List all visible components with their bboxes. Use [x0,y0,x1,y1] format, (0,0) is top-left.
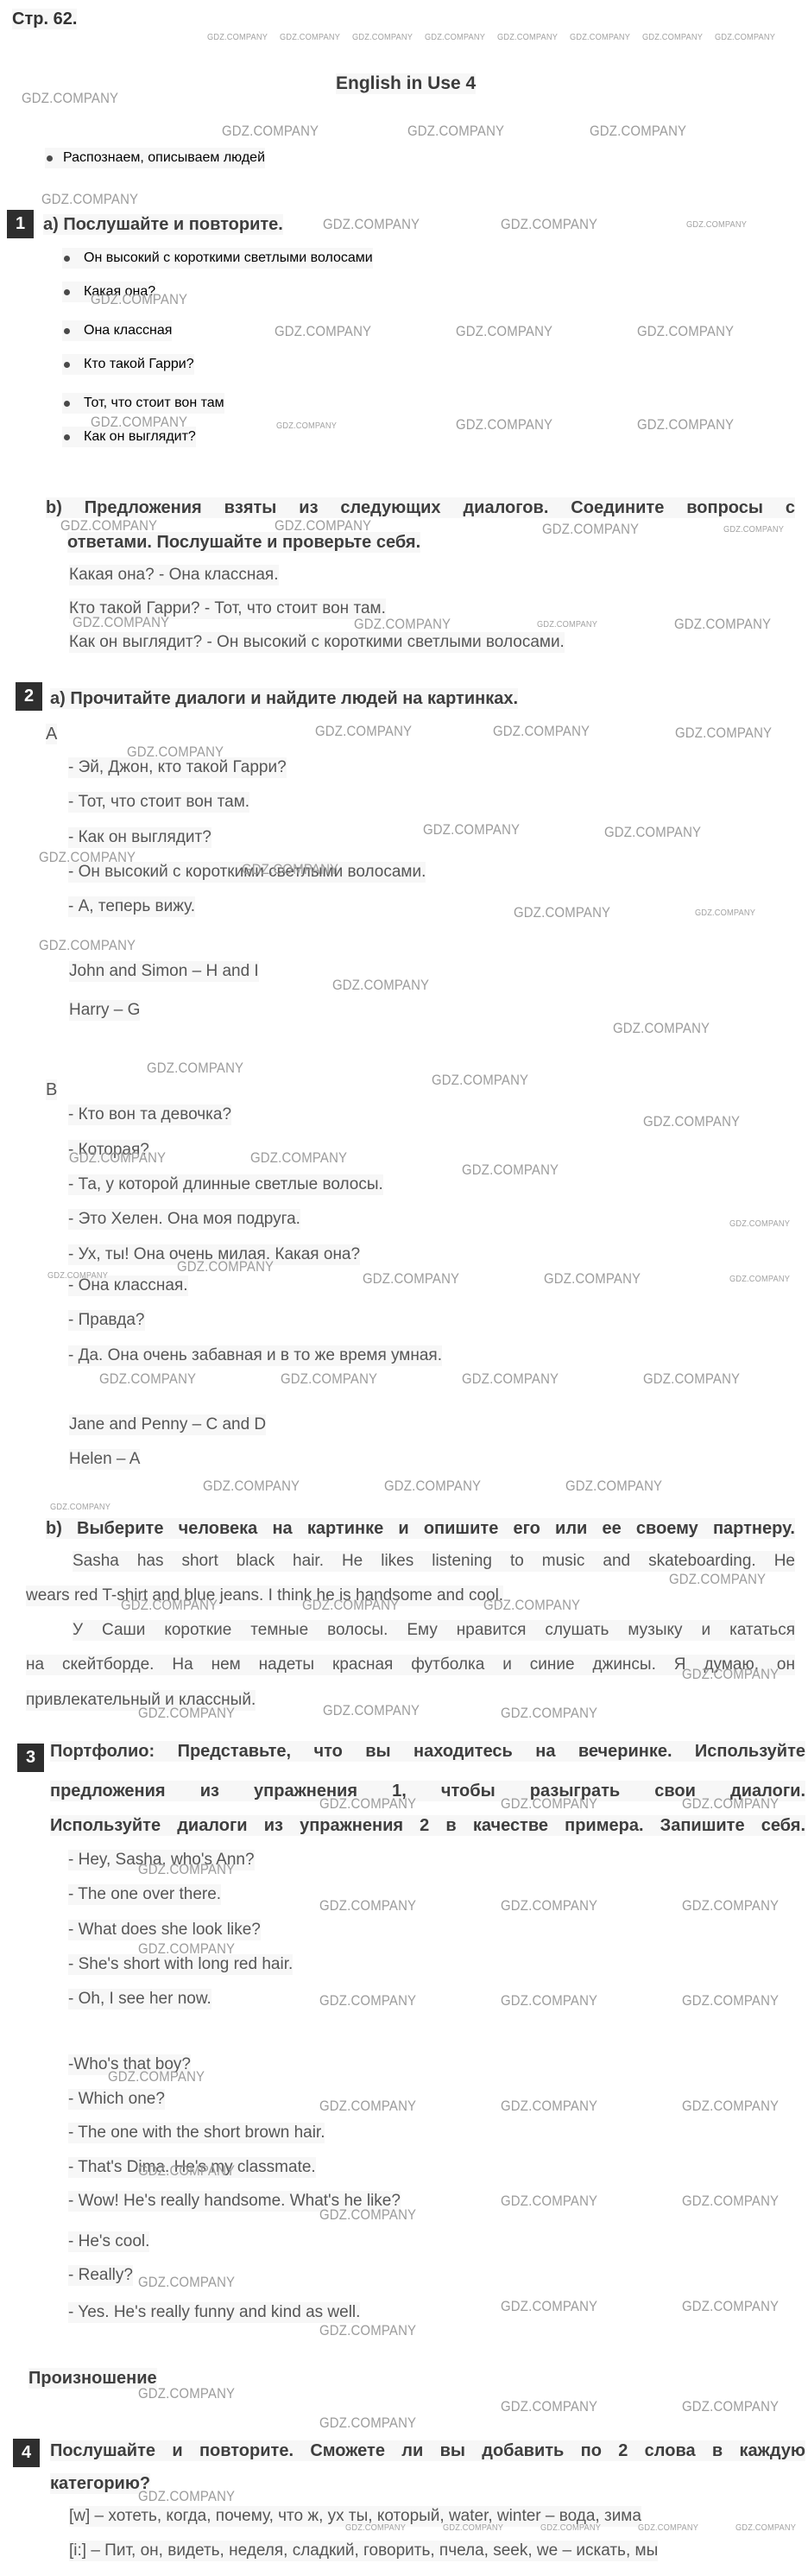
watermark-text: GDZ.COMPANY [275,324,371,339]
watermark-text: GDZ.COMPANY [715,33,775,42]
text-line: - Really? [68,2265,133,2286]
watermark-text: GDZ.COMPANY [138,2386,235,2402]
section-number-badge: 2 [16,682,42,711]
watermark-text: GDZ.COMPANY [242,862,338,877]
text-line: Harry – G [69,1000,140,1021]
watermark-text: GDZ.COMPANY [423,822,520,838]
text-line: - Which one? [68,2089,165,2110]
dialog-label: A [46,724,57,744]
watermark-text: GDZ.COMPANY [91,292,187,307]
section-heading: b) Выберите человека на картинке и опиши… [46,1518,795,1539]
watermark-text: GDZ.COMPANY [682,2399,779,2415]
watermark-text: GDZ.COMPANY [138,1941,235,1957]
text-line: - Тот, что стоит вон там. [68,792,249,813]
text-line: - The one over there. [68,1884,221,1905]
watermark-text: GDZ.COMPANY [319,1898,416,1914]
watermark-text: GDZ.COMPANY [570,33,630,42]
watermark-text: GDZ.COMPANY [604,825,701,840]
watermark-text: GDZ.COMPANY [315,724,412,739]
watermark-text: GDZ.COMPANY [99,1371,196,1387]
watermark-text: GDZ.COMPANY [682,2193,779,2209]
watermark-text: GDZ.COMPANY [675,725,772,741]
watermark-text: GDZ.COMPANY [425,33,485,42]
text-line: - Та, у которой длинные светлые волосы. [68,1174,383,1195]
watermark-text: GDZ.COMPANY [319,1993,416,2009]
watermark-text: GDZ.COMPANY [669,1572,766,1587]
section-number-badge: 3 [17,1744,44,1772]
section-heading: Послушайте и повторите. Сможете ли вы до… [50,2440,805,2461]
watermark-text: GDZ.COMPANY [432,1073,528,1088]
watermark-text: GDZ.COMPANY [69,1150,166,1166]
exercise-title: English in Use 4 [336,73,476,94]
watermark-text: GDZ.COMPANY [39,850,136,865]
text-line: - She's short with long red hair. [68,1954,293,1975]
watermark-text: GDZ.COMPANY [565,1478,662,1494]
watermark-text: GDZ.COMPANY [276,421,337,431]
text-line: John and Simon – H and I [69,961,259,982]
page-number: Стр. 62. [12,9,77,29]
watermark-text: GDZ.COMPANY [138,2489,235,2504]
section-heading: категорию? [50,2473,150,2494]
text-line: - Правда? [68,1310,145,1331]
text-line: Sasha has short black hair. He likes lis… [73,1551,795,1572]
watermark-text: GDZ.COMPANY [674,617,771,632]
watermark-text: GDZ.COMPANY [501,217,597,232]
dialog-label: B [46,1079,57,1100]
watermark-text: GDZ.COMPANY [319,2323,416,2339]
watermark-text: GDZ.COMPANY [638,2523,698,2533]
watermark-text: GDZ.COMPANY [462,1371,559,1387]
text-line: - Oh, I see her now. [68,1989,211,2010]
watermark-text: GDZ.COMPANY [613,1021,710,1036]
watermark-text: GDZ.COMPANY [456,417,552,433]
watermark-text: GDZ.COMPANY [540,2523,601,2533]
watermark-text: GDZ.COMPANY [332,978,429,993]
watermark-text: GDZ.COMPANY [22,91,118,106]
bullet-item: Он высокий с короткими светлыми волосами [62,248,373,269]
watermark-text: GDZ.COMPANY [682,1898,779,1914]
watermark-text: GDZ.COMPANY [682,1796,779,1812]
watermark-text: GDZ.COMPANY [643,1371,740,1387]
watermark-text: GDZ.COMPANY [682,2299,779,2314]
watermark-text: GDZ.COMPANY [319,1796,416,1812]
watermark-text: GDZ.COMPANY [138,1706,235,1721]
bullet-item: Тот, что стоит вон там [62,393,224,414]
text-line: Какая она? - Она классная. [69,565,279,585]
document-page: Стр. 62.English in Use 4Распознаем, опис… [0,0,808,2576]
watermark-text: GDZ.COMPANY [483,1598,580,1613]
watermark-text: GDZ.COMPANY [108,2069,205,2085]
watermark-text: GDZ.COMPANY [501,2193,597,2209]
watermark-text: GDZ.COMPANY [443,2523,503,2533]
watermark-text: GDZ.COMPANY [501,2098,597,2114]
text-line: - Да. Она очень забавная и в то же время… [68,1345,442,1366]
section-number-badge: 4 [13,2439,40,2467]
watermark-text: GDZ.COMPANY [537,620,597,630]
section-number-badge: 1 [7,210,34,238]
watermark-text: GDZ.COMPANY [354,617,451,632]
watermark-text: GDZ.COMPANY [637,417,734,433]
text-line: wears red T-shirt and blue jeans. I thin… [26,1585,503,1606]
watermark-text: GDZ.COMPANY [60,518,157,534]
watermark-text: GDZ.COMPANY [138,1862,235,1877]
watermark-text: GDZ.COMPANY [384,1478,481,1494]
watermark-text: GDZ.COMPANY [138,2275,235,2290]
watermark-text: GDZ.COMPANY [121,1598,218,1613]
watermark-text: GDZ.COMPANY [686,220,747,230]
section-heading: Используйте диалоги из упражнения 2 в ка… [50,1815,805,1836]
watermark-text: GDZ.COMPANY [682,1993,779,2009]
watermark-text: GDZ.COMPANY [729,1275,790,1284]
watermark-text: GDZ.COMPANY [590,123,686,139]
watermark-text: GDZ.COMPANY [497,33,558,42]
watermark-text: GDZ.COMPANY [138,2163,235,2179]
section-heading: а) Послушайте и повторите. [43,214,283,235]
watermark-text: GDZ.COMPANY [250,1150,347,1166]
text-line: на скейтборде. На нем надеты красная фут… [26,1655,795,1675]
bullet-item: Она классная [62,320,172,341]
watermark-text: GDZ.COMPANY [147,1060,243,1076]
watermark-text: GDZ.COMPANY [407,123,504,139]
watermark-text: GDZ.COMPANY [352,33,413,42]
text-line: - The one with the short brown hair. [68,2123,325,2143]
text-line: - Yes. He's really funny and kind as wel… [68,2302,360,2323]
text-line: Helen – A [69,1449,140,1470]
section-heading: b) Предложения взяты из следующих диалог… [46,497,795,518]
section-heading: Портфолио: Представьте, что вы находитес… [50,1741,805,1762]
text-line: У Саши короткие темные волосы. Ему нрави… [73,1620,795,1641]
watermark-text: GDZ.COMPANY [682,1667,779,1682]
watermark-text: GDZ.COMPANY [643,1114,740,1130]
watermark-text: GDZ.COMPANY [39,938,136,953]
watermark-text: GDZ.COMPANY [514,905,610,921]
text-line: [i:] – Пит, он, видеть, неделя, сладкий,… [69,2541,658,2561]
text-line: - He's cool. [68,2231,149,2252]
watermark-text: GDZ.COMPANY [281,1371,377,1387]
watermark-text: GDZ.COMPANY [203,1478,300,1494]
text-line: - А, теперь вижу. [68,896,195,917]
watermark-text: GDZ.COMPANY [544,1271,641,1287]
watermark-text: GDZ.COMPANY [275,518,371,534]
section-heading: а) Прочитайте диалоги и найдите людей на… [50,688,518,709]
watermark-text: GDZ.COMPANY [319,2207,416,2223]
bullet-item: Кто такой Гарри? [62,354,194,375]
watermark-text: GDZ.COMPANY [729,1219,790,1229]
watermark-text: GDZ.COMPANY [456,324,552,339]
section-heading: ответами. Послушайте и проверьте себя. [67,532,420,553]
watermark-text: GDZ.COMPANY [50,1503,110,1512]
watermark-text: GDZ.COMPANY [542,522,639,537]
watermark-text: GDZ.COMPANY [501,1898,597,1914]
text-line: - Как он выглядит? [68,827,211,848]
watermark-text: GDZ.COMPANY [319,2415,416,2431]
watermark-text: GDZ.COMPANY [127,744,224,760]
watermark-text: GDZ.COMPANY [501,2399,597,2415]
watermark-text: GDZ.COMPANY [73,615,169,630]
watermark-text: GDZ.COMPANY [501,1796,597,1812]
watermark-text: GDZ.COMPANY [493,724,590,739]
watermark-text: GDZ.COMPANY [323,217,420,232]
text-line: - Эй, Джон, кто такой Гарри? [68,757,287,778]
watermark-text: GDZ.COMPANY [302,1598,399,1613]
text-line: - Это Хелен. Она моя подруга. [68,1209,300,1230]
watermark-text: GDZ.COMPANY [319,2098,416,2114]
watermark-text: GDZ.COMPANY [501,2299,597,2314]
watermark-text: GDZ.COMPANY [462,1162,559,1178]
watermark-text: GDZ.COMPANY [47,1271,108,1281]
watermark-text: GDZ.COMPANY [207,33,268,42]
watermark-text: GDZ.COMPANY [323,1703,420,1718]
watermark-text: GDZ.COMPANY [637,324,734,339]
watermark-text: GDZ.COMPANY [91,415,187,430]
watermark-text: GDZ.COMPANY [345,2523,406,2533]
text-line: - Кто вон та девочка? [68,1104,231,1125]
text-line: - What does she look like? [68,1920,261,1940]
text-line: Jane and Penny – C and D [69,1415,266,1435]
watermark-text: GDZ.COMPANY [735,2523,796,2533]
watermark-text: GDZ.COMPANY [682,2098,779,2114]
watermark-text: GDZ.COMPANY [280,33,340,42]
watermark-text: GDZ.COMPANY [723,525,784,535]
watermark-text: GDZ.COMPANY [222,123,319,139]
text-line: Как он выглядит? - Он высокий с коротким… [69,632,565,653]
watermark-text: GDZ.COMPANY [501,1993,597,2009]
watermark-text: GDZ.COMPANY [363,1271,459,1287]
watermark-text: GDZ.COMPANY [501,1706,597,1721]
watermark-text: GDZ.COMPANY [177,1259,274,1275]
watermark-text: GDZ.COMPANY [642,33,703,42]
watermark-text: GDZ.COMPANY [695,908,755,918]
watermark-text: GDZ.COMPANY [41,192,138,207]
bullet-item: Распознаем, описываем людей [45,148,265,168]
